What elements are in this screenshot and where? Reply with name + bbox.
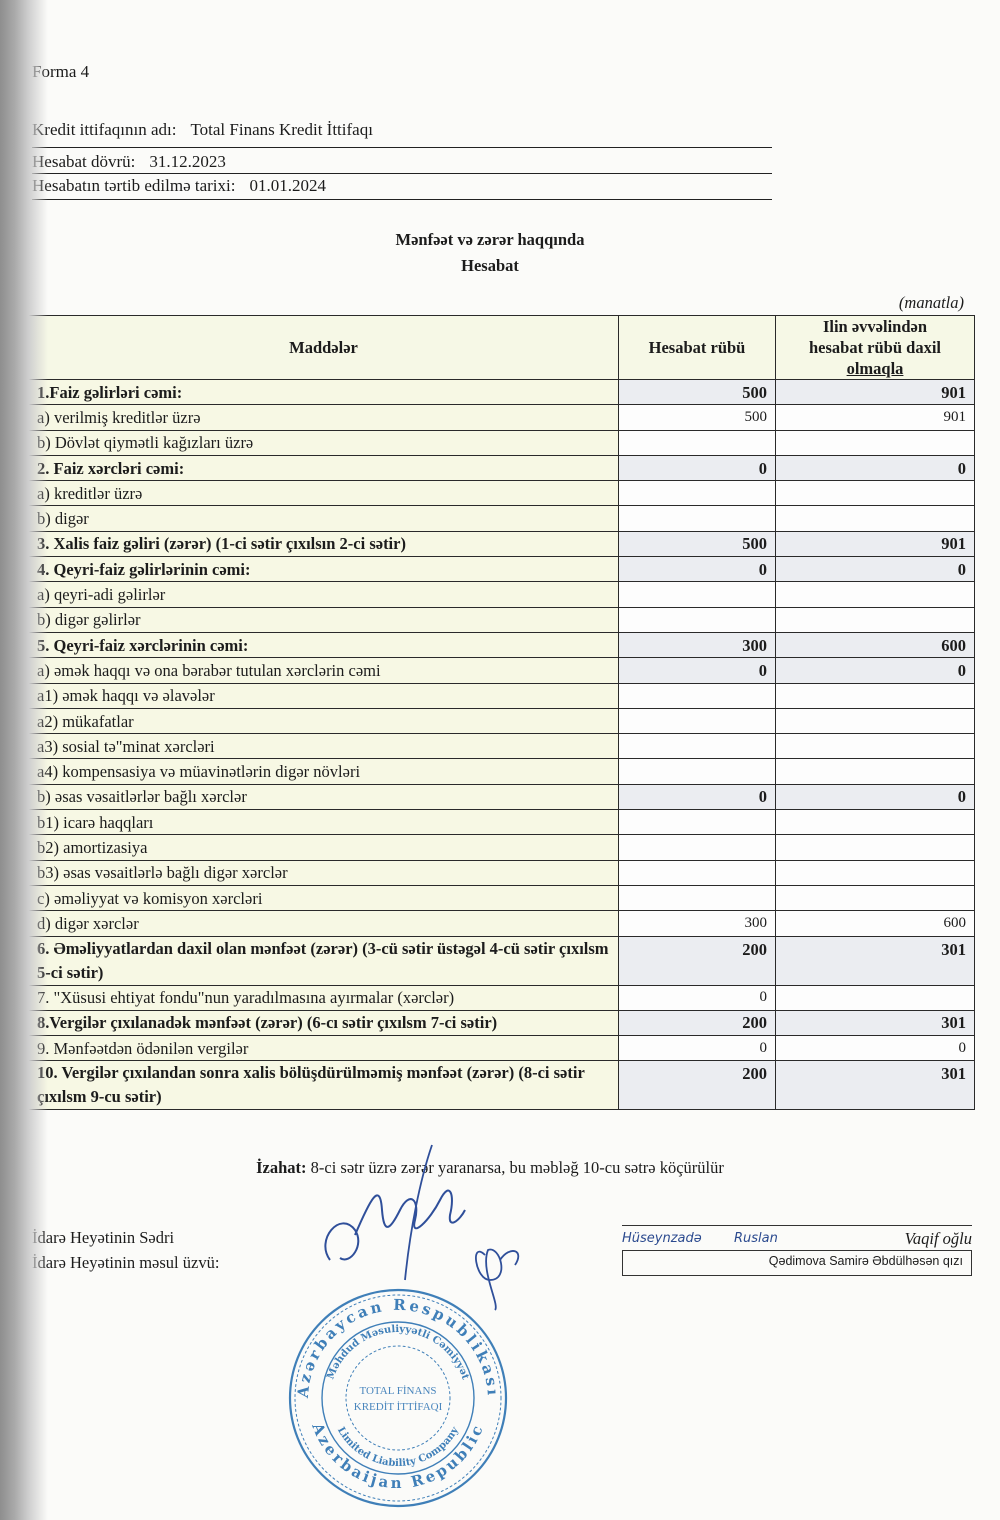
union-name-line: Kredit ittifaqının adı:Total Finans Kred… [32, 120, 772, 148]
table-row: 7. "Xüsusi ehtiyat fondu"nun yaradılması… [29, 985, 975, 1010]
quarter-value [619, 481, 776, 506]
ytd-value [776, 708, 975, 733]
table-row: 9. Mənfəətdən ödənilən vergilər00 [29, 1036, 975, 1061]
ytd-value [776, 430, 975, 455]
currency-unit-note: (manatla) [899, 293, 964, 313]
ytd-value [776, 810, 975, 835]
quarter-value: 300 [619, 632, 776, 657]
table-row: b) əsas vəsaitlərlər bağlı xərclər00 [29, 784, 975, 809]
quarter-value [619, 835, 776, 860]
quarter-value [619, 506, 776, 531]
report-title: Mənfəət və zərər haqqında [0, 230, 990, 250]
table-row: 10. Vergilər çıxılandan sonra xalis bölü… [29, 1061, 975, 1110]
row-label: c) əməliyyat və komisyon xərcləri [29, 885, 619, 910]
ytd-value [776, 683, 975, 708]
ytd-value: 901 [776, 380, 975, 405]
ytd-value: 0 [776, 455, 975, 480]
ytd-value: 0 [776, 557, 975, 582]
note-label: İzahat: [256, 1158, 306, 1177]
quarter-value [619, 582, 776, 607]
ytd-value [776, 481, 975, 506]
row-label: b) digər gəlirlər [29, 607, 619, 632]
company-seal-icon: Azərbaycan Respublikası Azerbaijan Repub… [278, 1280, 518, 1515]
table-row: a4) kompensasiya və müavinətlərin digər … [29, 759, 975, 784]
svg-text:TOTAL FİNANS: TOTAL FİNANS [359, 1385, 436, 1397]
table-row: a) verilmiş kreditlər üzrə500901 [29, 405, 975, 430]
table-row: a) kreditlər üzrə [29, 481, 975, 506]
table-row: b) digər [29, 506, 975, 531]
row-label: a) qeyri-adi gəlirlər [29, 582, 619, 607]
quarter-value: 0 [619, 985, 776, 1010]
table-row: 6. Əməliyyatlardan daxil olan mənfəət (z… [29, 936, 975, 985]
row-label: 8.Vergilər çıxılanadək mənfəət (zərər) (… [29, 1010, 619, 1035]
table-header-row: Maddələr Hesabat rübü Ilin əvvəlindən he… [29, 316, 975, 380]
row-label: a3) sosial tə"minat xərcləri [29, 734, 619, 759]
quarter-value: 500 [619, 531, 776, 556]
table-row: d) digər xərclər300600 [29, 911, 975, 936]
row-label: b) Dövlət qiymətli kağızları üzrə [29, 430, 619, 455]
row-label: a4) kompensasiya və müavinətlərin digər … [29, 759, 619, 784]
quarter-value [619, 759, 776, 784]
row-label: b) əsas vəsaitlərlər bağlı xərclər [29, 784, 619, 809]
ytd-value: 901 [776, 405, 975, 430]
row-label: 5. Qeyri-faiz xərclərinin cəmi: [29, 632, 619, 657]
table-row: b3) əsas vəsaitlərlə bağlı digər xərclər [29, 860, 975, 885]
ytd-value [776, 734, 975, 759]
quarter-value: 0 [619, 1036, 776, 1061]
table-row: c) əməliyyat və komisyon xərcləri [29, 885, 975, 910]
row-label: a) əmək haqqı və ona bərabər tutulan xər… [29, 658, 619, 683]
quarter-value: 500 [619, 380, 776, 405]
quarter-value: 0 [619, 658, 776, 683]
quarter-value: 200 [619, 1010, 776, 1035]
header-ytd: Ilin əvvəlindən hesabat rübü daxil olmaq… [776, 316, 975, 380]
row-label: b) digər [29, 506, 619, 531]
ytd-value [776, 835, 975, 860]
row-label: a) verilmiş kreditlər üzrə [29, 405, 619, 430]
sig-divider [622, 1225, 972, 1226]
union-name-value: Total Finans Kredit İttifaqı [190, 120, 372, 139]
quarter-value: 300 [619, 911, 776, 936]
row-label: a1) əmək haqqı və əlavələr [29, 683, 619, 708]
quarter-value [619, 860, 776, 885]
quarter-value: 500 [619, 405, 776, 430]
table-row: 5. Qeyri-faiz xərclərinin cəmi:300600 [29, 632, 975, 657]
period-line: Hesabat dövrü:31.12.2023 [32, 152, 772, 174]
period-label: Hesabat dövrü: [32, 152, 135, 171]
chairman-patronymic: Vaqif oğlu [905, 1229, 972, 1249]
header-ytd-line3: olmaqla [784, 358, 966, 379]
header-quarter: Hesabat rübü [619, 316, 776, 380]
ytd-value [776, 885, 975, 910]
table-body: 1.Faiz gəlirləri cəmi:500901a) verilmiş … [29, 380, 975, 1110]
row-label: 10. Vergilər çıxılandan sonra xalis bölü… [29, 1061, 619, 1110]
row-label: b3) əsas vəsaitlərlə bağlı digər xərclər [29, 860, 619, 885]
quarter-value [619, 708, 776, 733]
compiled-date-line: Hesabatın tərtib edilmə tarixi:01.01.202… [32, 176, 772, 200]
table-row: a) qeyri-adi gəlirlər [29, 582, 975, 607]
table-row: b1) icarə haqqları [29, 810, 975, 835]
row-label: d) digər xərclər [29, 911, 619, 936]
compiled-date-label: Hesabatın tərtib edilmə tarixi: [32, 176, 235, 195]
ytd-value [776, 985, 975, 1010]
svg-text:KREDİT İTTİFAQI: KREDİT İTTİFAQI [354, 1401, 443, 1413]
row-label: 2. Faiz xərcləri cəmi: [29, 455, 619, 480]
ytd-value: 0 [776, 1036, 975, 1061]
table-row: b) digər gəlirlər [29, 607, 975, 632]
ytd-value: 0 [776, 784, 975, 809]
row-label: a2) mükafatlar [29, 708, 619, 733]
ytd-value: 600 [776, 911, 975, 936]
chairman-handwritten-surname: Hüseynzadə [622, 1231, 702, 1246]
quarter-value [619, 885, 776, 910]
chairman-label: İdarə Heyətinin Sədri [32, 1228, 174, 1248]
ytd-value [776, 506, 975, 531]
row-label: 3. Xalis faiz gəliri (zərər) (1-ci sətir… [29, 531, 619, 556]
svg-text:Azerbaijan Republic: Azerbaijan Republic [308, 1419, 488, 1492]
quarter-value [619, 810, 776, 835]
quarter-value: 0 [619, 455, 776, 480]
member-name-box: Qədimova Samirə Əbdülhəsən qızı [622, 1250, 972, 1276]
ytd-value: 901 [776, 531, 975, 556]
form-number: Forma 4 [32, 62, 89, 82]
header-ytd-line1: Ilin əvvəlindən [784, 316, 966, 337]
table-row: 1.Faiz gəlirləri cəmi:500901 [29, 380, 975, 405]
table-row: 8.Vergilər çıxılanadək mənfəət (zərər) (… [29, 1010, 975, 1035]
union-name-label: Kredit ittifaqının adı: [32, 120, 176, 139]
compiled-date-value: 01.01.2024 [249, 176, 326, 195]
row-label: 7. "Xüsusi ehtiyat fondu"nun yaradılması… [29, 985, 619, 1010]
quarter-value [619, 430, 776, 455]
ytd-value: 301 [776, 1010, 975, 1035]
quarter-value [619, 683, 776, 708]
quarter-value: 0 [619, 784, 776, 809]
table-row: 4. Qeyri-faiz gəlirlərinin cəmi:00 [29, 557, 975, 582]
ytd-value: 301 [776, 1061, 975, 1110]
header-items: Maddələr [29, 316, 619, 380]
table-row: a2) mükafatlar [29, 708, 975, 733]
table-row: b) Dövlət qiymətli kağızları üzrə [29, 430, 975, 455]
board-member-label: İdarə Heyətinin məsul üzvü: [32, 1253, 219, 1273]
member-name: Qədimova Samirə Əbdülhəsən qızı [769, 1254, 963, 1268]
ytd-value [776, 607, 975, 632]
row-label: b2) amortizasiya [29, 835, 619, 860]
ytd-value [776, 759, 975, 784]
quarter-value: 200 [619, 1061, 776, 1110]
profit-loss-table: Maddələr Hesabat rübü Ilin əvvəlindən he… [28, 315, 975, 1110]
ytd-value [776, 860, 975, 885]
row-label: 4. Qeyri-faiz gəlirlərinin cəmi: [29, 557, 619, 582]
svg-text:Məhdud Məsuliyyətli Cəmiyyət: Məhdud Məsuliyyətli Cəmiyyət [325, 1324, 470, 1381]
ytd-value: 0 [776, 658, 975, 683]
ytd-value [776, 582, 975, 607]
quarter-value [619, 607, 776, 632]
chairman-handwritten-name: Ruslan [734, 1231, 778, 1246]
table-row: 2. Faiz xərcləri cəmi:00 [29, 455, 975, 480]
table-row: b2) amortizasiya [29, 835, 975, 860]
row-label: a) kreditlər üzrə [29, 481, 619, 506]
ytd-value: 301 [776, 936, 975, 985]
ytd-value: 600 [776, 632, 975, 657]
row-label: b1) icarə haqqları [29, 810, 619, 835]
quarter-value: 200 [619, 936, 776, 985]
table-row: a1) əmək haqqı və əlavələr [29, 683, 975, 708]
table-row: a) əmək haqqı və ona bərabər tutulan xər… [29, 658, 975, 683]
row-label: 9. Mənfəətdən ödənilən vergilər [29, 1036, 619, 1061]
quarter-value: 0 [619, 557, 776, 582]
header-ytd-line2: hesabat rübü daxil [784, 337, 966, 358]
period-value: 31.12.2023 [149, 152, 226, 171]
report-subtitle: Hesabat [0, 256, 990, 276]
table-row: 3. Xalis faiz gəliri (zərər) (1-ci sətir… [29, 531, 975, 556]
table-row: a3) sosial tə"minat xərcləri [29, 734, 975, 759]
row-label: 1.Faiz gəlirləri cəmi: [29, 380, 619, 405]
quarter-value [619, 734, 776, 759]
row-label: 6. Əməliyyatlardan daxil olan mənfəət (z… [29, 936, 619, 985]
